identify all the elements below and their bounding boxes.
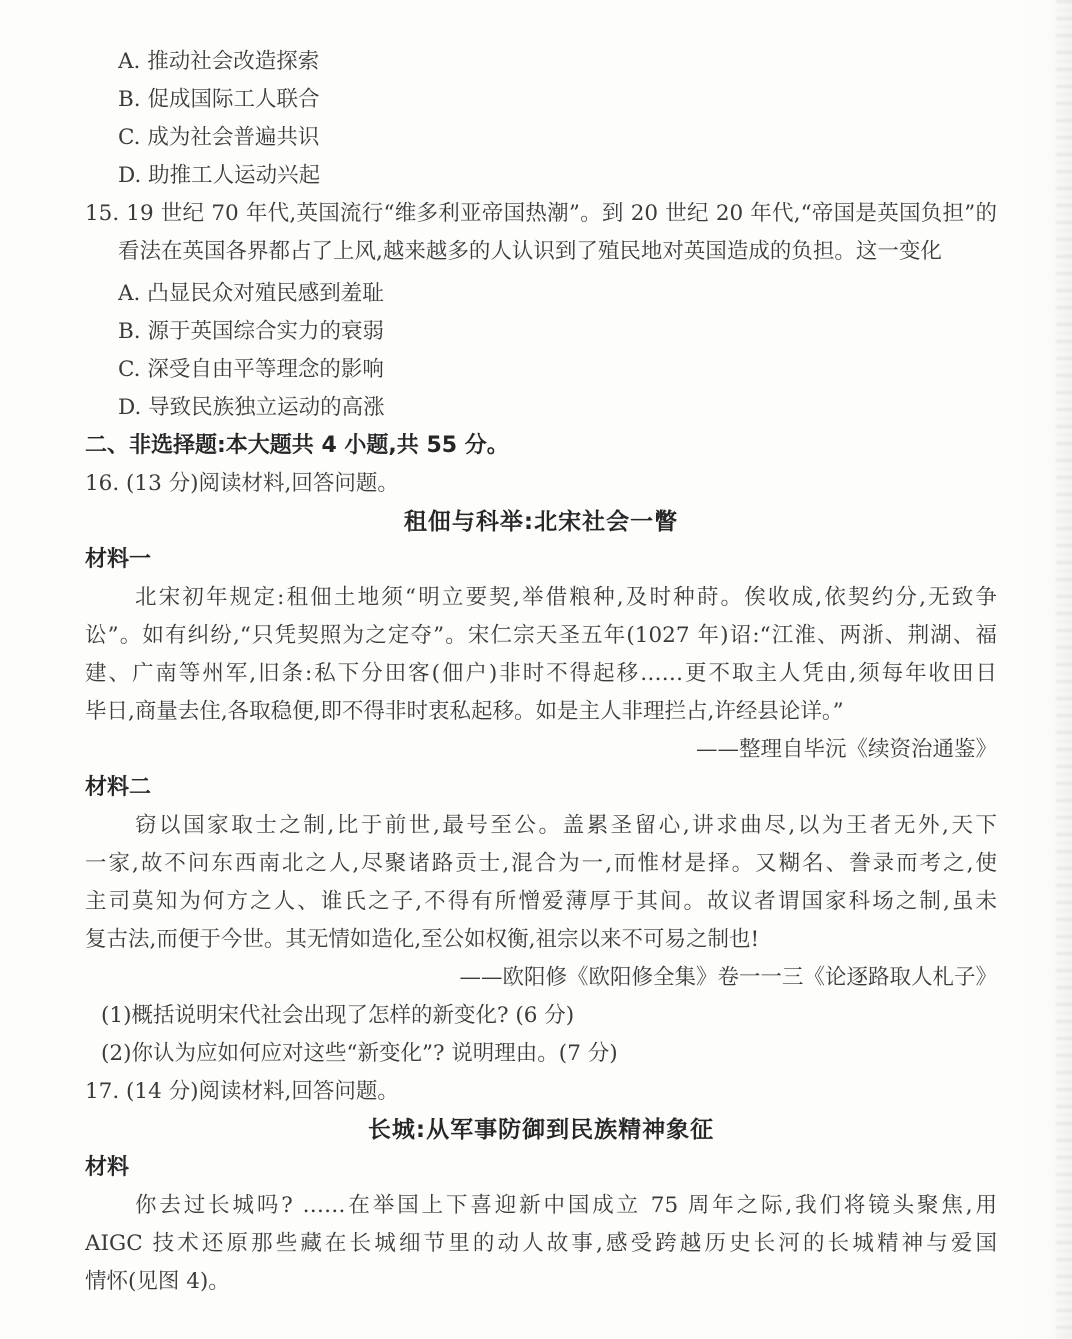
q17-title: 长城:从军事防御到民族精神象征 — [85, 1111, 997, 1149]
material-1-line-4: 毕日,商量去住,各取稳便,即不得非时衷私起移。如是主人非理拦占,许经县论详。” — [85, 693, 997, 731]
q15-option-d: D. 导致民族独立运动的高涨 — [118, 389, 997, 427]
material-2-source: ——欧阳修《欧阳修全集》卷一一三《论逐路取人札子》 — [85, 959, 997, 997]
q15-option-c: C. 深受自由平等理念的影响 — [118, 351, 997, 389]
material-2-line-2: 一家,故不问东西南北之人,尽聚诸路贡士,混合为一,而惟材是择。又糊名、誊录而考之… — [85, 845, 997, 883]
material-1-label: 材料一 — [85, 541, 997, 579]
q14-option-c: C. 成为社会普遍共识 — [118, 119, 997, 157]
q15-option-a: A. 凸显民众对殖民感到羞耻 — [118, 275, 997, 313]
q17-material-line-1: 你去过长城吗? ……在举国上下喜迎新中国成立 75 周年之际,我们将镜头聚焦,用 — [85, 1187, 997, 1225]
q16-sub-question-1: (1)概括说明宋代社会出现了怎样的新变化? (6 分) — [101, 997, 997, 1035]
q15-stem-line-2: 看法在英国各界都占了上风,越来越多的人认识到了殖民地对英国造成的负担。这一变化 — [118, 233, 997, 271]
material-2-line-4: 复古法,而便于今世。其无情如造化,至公如权衡,祖宗以来不可易之制也! — [85, 921, 997, 959]
q17-material-line-3: 情怀(见图 4)。 — [85, 1263, 997, 1301]
q14-option-a: A. 推动社会改造探索 — [118, 43, 997, 81]
q14-option-d: D. 助推工人运动兴起 — [118, 157, 997, 195]
q17-material-label: 材料 — [85, 1149, 997, 1187]
material-1-source: ——整理自毕沅《续资治通鉴》 — [85, 731, 997, 769]
material-2-line-1: 窃以国家取士之制,比于前世,最号至公。盖累圣留心,讲求曲尽,以为王者无外,天下 — [85, 807, 997, 845]
q16-title: 租佃与科举:北宋社会一瞥 — [85, 503, 997, 541]
scan-noise-artifact — [1056, 0, 1072, 1339]
q16-sub-question-2: (2)你认为应如何应对这些“新变化”? 说明理由。(7 分) — [101, 1035, 997, 1073]
q16-intro: 16. (13 分)阅读材料,回答问题。 — [85, 465, 997, 503]
material-1-line-2: 讼”。如有纠纷,“只凭契照为之定夺”。宋仁宗天圣五年(1027 年)诏:“江淮、… — [85, 617, 997, 655]
material-1-line-3: 建、广南等州军,旧条:私下分田客(佃户)非时不得起移……更不取主人凭由,须每年收… — [85, 655, 997, 693]
q17-material-line-2: AIGC 技术还原那些藏在长城细节里的动人故事,感受跨越历史长河的长城精神与爱国 — [85, 1225, 997, 1263]
q15-option-b: B. 源于英国综合实力的衰弱 — [118, 313, 997, 351]
section-2-header: 二、非选择题:本大题共 4 小题,共 55 分。 — [85, 427, 997, 465]
material-2-label: 材料二 — [85, 769, 997, 807]
q14-option-b: B. 促成国际工人联合 — [118, 81, 997, 119]
material-2-line-3: 主司莫知为何方之人、谁氏之子,不得有所憎爱薄厚于其间。故议者谓国家科场之制,虽未 — [85, 883, 997, 921]
q17-intro: 17. (14 分)阅读材料,回答问题。 — [85, 1073, 997, 1111]
exam-paper-page: A. 推动社会改造探索 B. 促成国际工人联合 C. 成为社会普遍共识 D. 助… — [0, 0, 1072, 1339]
q15-stem-line-1: 15. 19 世纪 70 年代,英国流行“维多利亚帝国热潮”。到 20 世纪 2… — [85, 195, 997, 233]
exam-content: A. 推动社会改造探索 B. 促成国际工人联合 C. 成为社会普遍共识 D. 助… — [85, 43, 997, 1301]
material-1-line-1: 北宋初年规定:租佃土地须“明立要契,举借粮种,及时种莳。俟收成,依契约分,无致争 — [85, 579, 997, 617]
